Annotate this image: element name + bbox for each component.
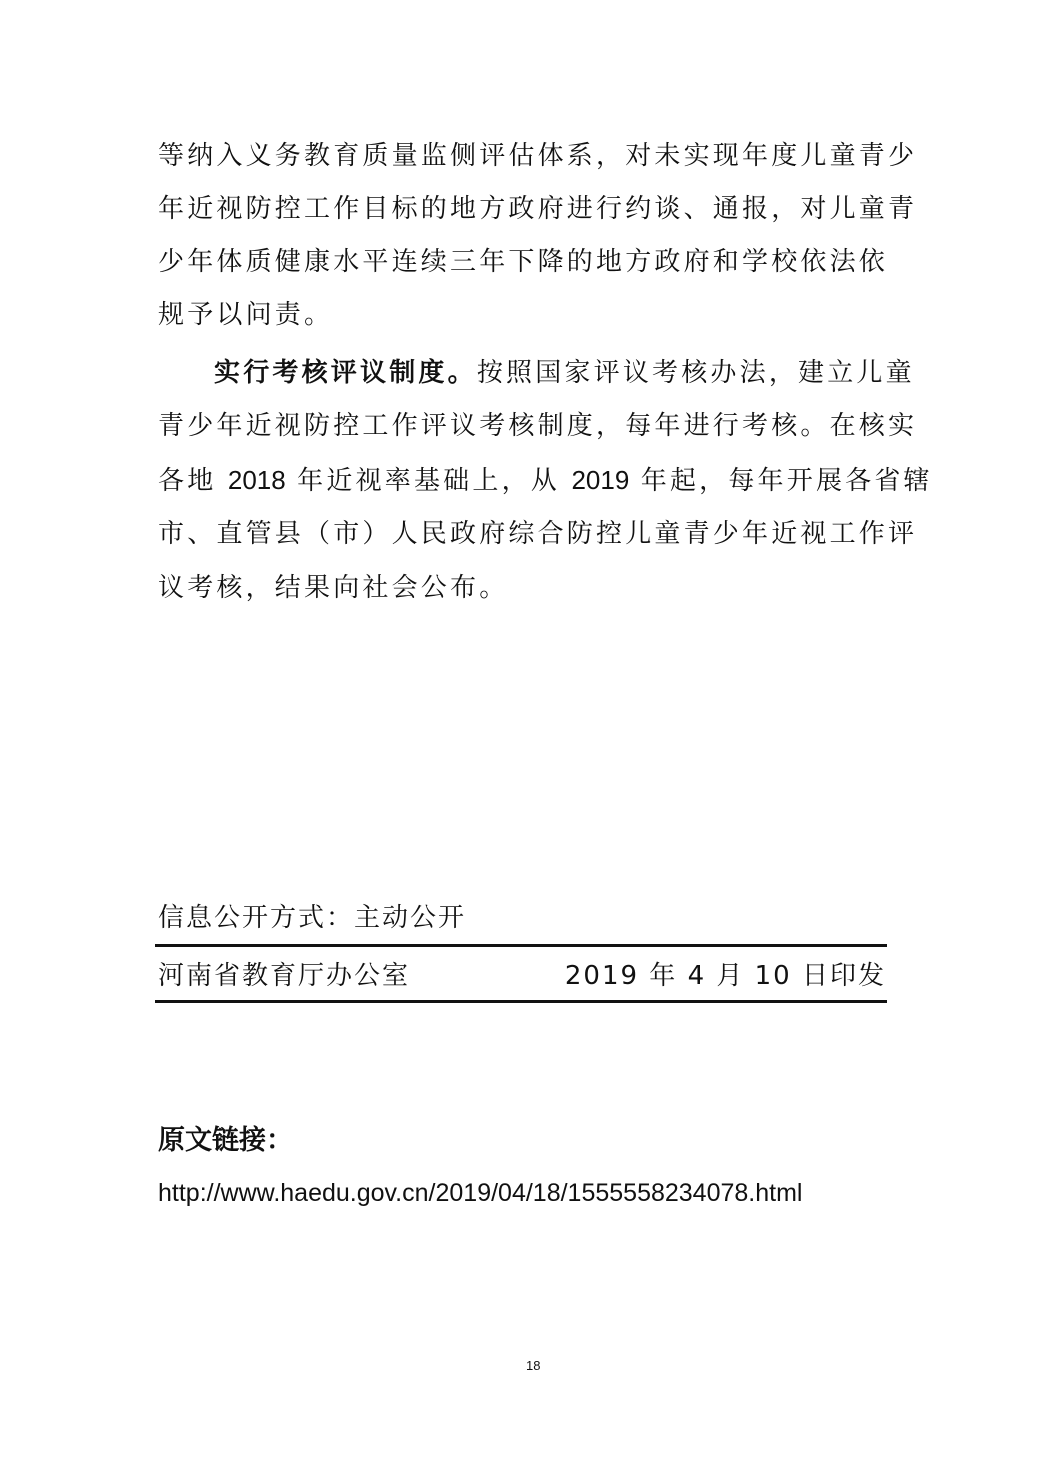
issuer-row: 河南省教育厅办公室 2019 年 4 月 10 日印发 [158, 960, 886, 992]
paragraph-line: 少年体质健康水平连续三年下降的地方政府和学校依法依 [158, 246, 884, 278]
paragraph-text: 各地 [158, 466, 228, 496]
paragraph-text: 年近视率基础上，从 [286, 466, 572, 496]
paragraph-line: 各地 2018 年近视率基础上，从 2019 年起，每年开展各省辖 [158, 464, 884, 497]
page-number: 18 [526, 1358, 540, 1373]
disclosure-method: 信息公开方式：主动公开 [158, 902, 884, 934]
year-value: 2018 [228, 465, 286, 495]
paragraph-text: 年起，每年开展各省辖 [629, 466, 932, 496]
paragraph-line: 年近视防控工作目标的地方政府进行约谈、通报，对儿童青 [158, 193, 884, 225]
source-link-heading: 原文链接： [158, 1124, 293, 1158]
issuer-name: 河南省教育厅办公室 [158, 960, 410, 992]
paragraph-text: 按照国家评议考核办法，建立儿童 [477, 358, 915, 388]
source-url-link[interactable]: http://www.haedu.gov.cn/2019/04/18/15555… [158, 1176, 802, 1210]
paragraph-line: 实行考核评议制度。按照国家评议考核办法，建立儿童 [214, 357, 940, 389]
paragraph-line: 青少年近视防控工作评议考核制度，每年进行考核。在核实 [158, 410, 884, 442]
paragraph-line: 规予以问责。 [158, 299, 884, 331]
issue-date: 2019 年 4 月 10 日印发 [565, 960, 886, 992]
paragraph-line: 议考核，结果向社会公布。 [158, 572, 884, 604]
paragraph-line: 等纳入义务教育质量监侧评估体系，对未实现年度儿童青少 [158, 140, 884, 172]
document-page: 等纳入义务教育质量监侧评估体系，对未实现年度儿童青少 年近视防控工作目标的地方政… [0, 0, 1042, 1474]
divider-rule [155, 1000, 887, 1003]
section-lead-title: 实行考核评议制度。 [214, 358, 477, 388]
paragraph-line: 市、直管县（市）人民政府综合防控儿童青少年近视工作评 [158, 518, 884, 550]
year-value: 2019 [571, 465, 629, 495]
divider-rule [155, 944, 887, 947]
